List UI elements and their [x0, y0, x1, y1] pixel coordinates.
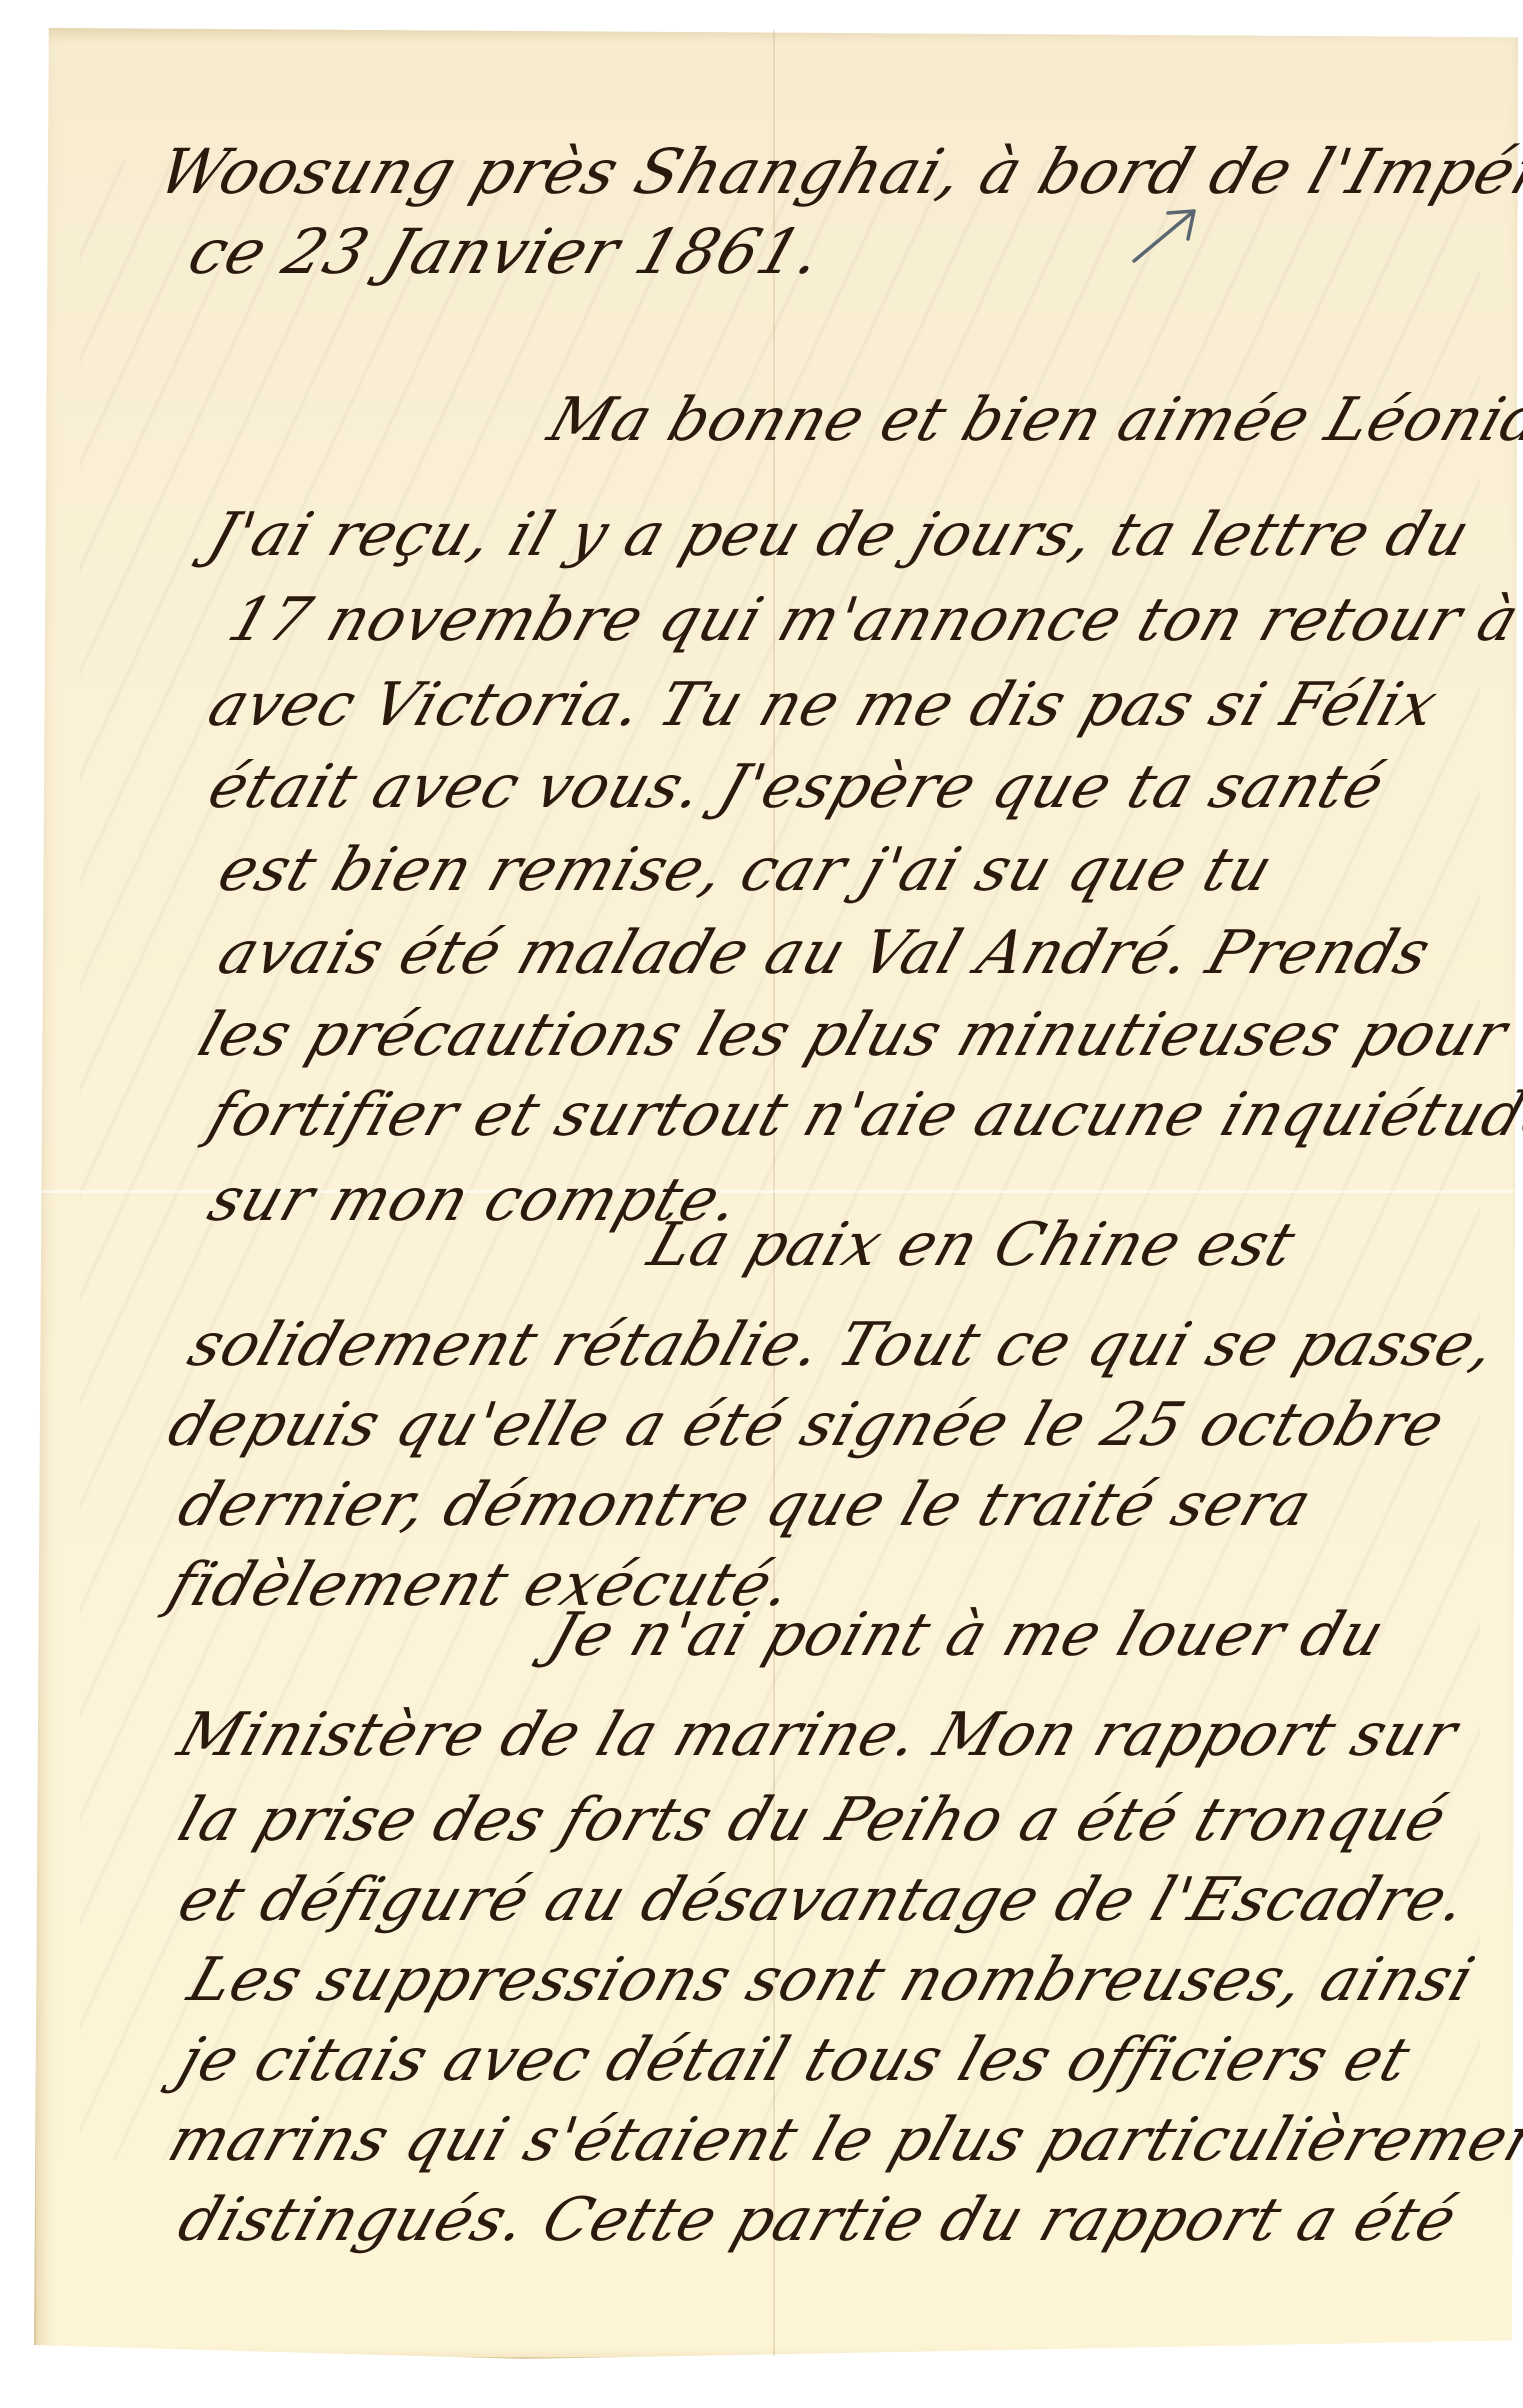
- body-line-17: la prise des forts du Peiho a été tronqu…: [170, 1785, 1456, 1855]
- body-line-4: était avec vous. J'espère que ta santé: [200, 752, 1393, 822]
- body-line-10: La paix en Chine est: [640, 1210, 1304, 1280]
- pencil-arrow-icon: [1130, 205, 1200, 265]
- body-line-2: 17 novembre qui m'annonce ton retour à P…: [220, 585, 1523, 655]
- body-line-13: dernier, démontre que le traité sera: [170, 1470, 1320, 1540]
- body-line-5: est bien remise, car j'ai su que tu: [210, 835, 1282, 905]
- body-line-8: fortifier et surtout n'aie aucune inquié…: [200, 1080, 1523, 1150]
- body-line-20: je citais avec détail tous les officiers…: [170, 2025, 1419, 2095]
- body-line-6: avais été malade au Val André. Prends: [210, 918, 1440, 988]
- body-line-22: distingués. Cette partie du rapport a ét…: [170, 2185, 1466, 2255]
- body-line-11: solidement rétablie. Tout ce qui se pass…: [180, 1310, 1505, 1380]
- body-line-21: marins qui s'étaient le plus particulièr…: [160, 2105, 1523, 2175]
- body-line-7: les précautions les plus minutieuses pou…: [190, 1000, 1523, 1070]
- header-place-line: Woosung près Shanghai, à bord de l'Impér…: [150, 135, 1523, 208]
- salutation: Ma bonne et bien aimée Léonide: [540, 385, 1523, 455]
- header-date-line: ce 23 Janvier 1861.: [180, 215, 833, 288]
- body-line-16: Ministère de la marine. Mon rapport sur: [170, 1700, 1466, 1770]
- body-line-19: Les suppressions sont nombreuses, ainsi: [180, 1945, 1483, 2015]
- body-line-18: et défiguré au désavantage de l'Escadre.: [170, 1865, 1477, 1935]
- body-line-15: Je n'ai point à me louer du: [540, 1600, 1394, 1670]
- body-line-1: J'ai reçu, il y a peu de jours, ta lettr…: [200, 500, 1479, 570]
- body-line-3: avec Victoria. Tu ne me dis pas si Félix: [200, 670, 1447, 740]
- body-line-12: depuis qu'elle a été signée le 25 octobr…: [160, 1390, 1454, 1460]
